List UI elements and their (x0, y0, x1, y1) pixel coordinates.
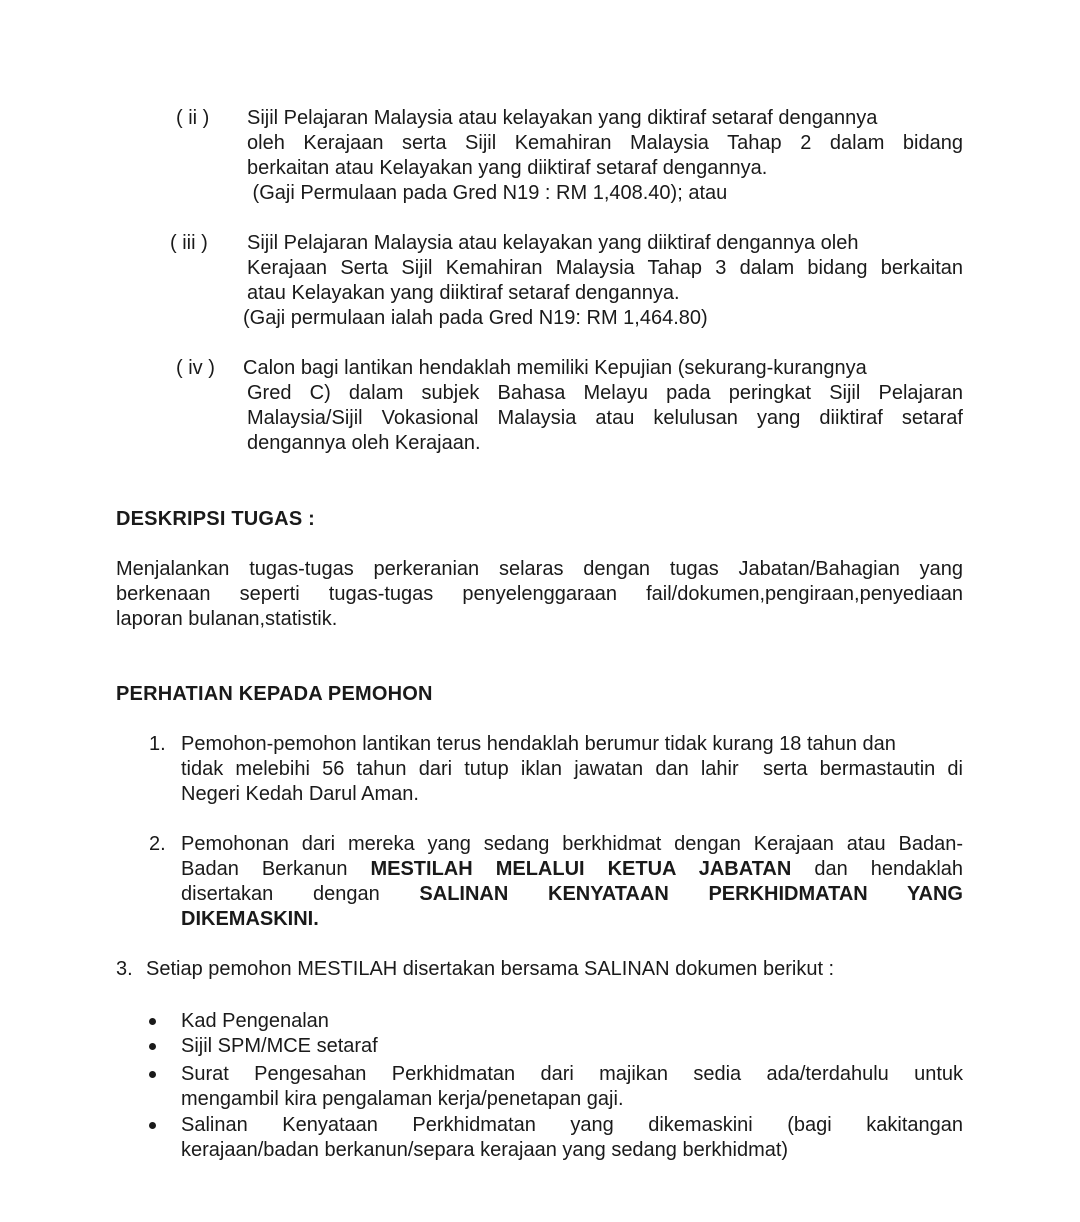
item-2-line: disertakan dengan SALINAN KENYATAAN PERK… (181, 882, 963, 907)
document-line: kerajaan/badan berkanun/separa kerajaan … (181, 1138, 963, 1163)
document-item-1: Kad Pengenalan (181, 1009, 963, 1034)
qualification-iv-line: Malaysia/Sijil Vokasional Malaysia atau … (247, 406, 963, 431)
document-item-4: Salinan Kenyataan Perkhidmatan yang dike… (181, 1113, 963, 1163)
document-page: ( ii ) Sijil Pelajaran Malaysia atau kel… (0, 0, 1080, 1222)
qualification-iv-line: Gred C) dalam subjek Bahasa Melayu pada … (247, 381, 963, 406)
qualification-iv: Calon bagi lantikan hendaklah memiliki K… (243, 356, 963, 456)
item-2-text: Badan Berkanun (181, 858, 370, 880)
bullet-icon (149, 1122, 156, 1129)
document-item-3: Surat Pengesahan Perkhidmatan dari majik… (181, 1062, 963, 1112)
salary-note-iii: (Gaji permulaan ialah pada Gred N19: RM … (243, 306, 963, 331)
document-line: Kad Pengenalan (181, 1009, 963, 1034)
item-number-3: 3. (116, 957, 133, 982)
perhatian-item-1: Pemohon-pemohon lantikan terus hendaklah… (181, 732, 963, 807)
qualification-iv-line: dengannya oleh Kerajaan. (247, 431, 963, 456)
item-2-line: Pemohonan dari mereka yang sedang berkhi… (181, 832, 963, 857)
document-line: Sijil SPM/MCE setaraf (181, 1034, 963, 1059)
qualification-iii-line: Kerajaan Serta Sijil Kemahiran Malaysia … (247, 256, 963, 281)
document-line: Surat Pengesahan Perkhidmatan dari majik… (181, 1062, 963, 1087)
item-2-emphasis: DIKEMASKINI. (181, 908, 319, 930)
salary-note-ii: (Gaji Permulaan pada Gred N19 : RM 1,408… (247, 181, 963, 206)
item-number-2: 2. (149, 832, 166, 857)
qualification-ii-line: Sijil Pelajaran Malaysia atau kelayakan … (247, 106, 935, 131)
perhatian-heading: PERHATIAN KEPADA PEMOHON (116, 682, 433, 707)
document-item-2: Sijil SPM/MCE setaraf (181, 1034, 963, 1059)
qualification-ii: Sijil Pelajaran Malaysia atau kelayakan … (247, 106, 963, 206)
item-1-line: Negeri Kedah Darul Aman. (181, 782, 963, 807)
document-line: mengambil kira pengalaman kerja/penetapa… (181, 1087, 963, 1112)
deskripsi-line: Menjalankan tugas-tugas perkeranian sela… (116, 557, 963, 582)
item-label-iii: ( iii ) (170, 231, 208, 256)
perhatian-item-2: Pemohonan dari mereka yang sedang berkhi… (181, 832, 963, 932)
qualification-ii-line: berkaitan atau Kelayakan yang diiktiraf … (247, 156, 963, 181)
item-2-text: disertakan dengan (181, 883, 419, 905)
qualification-iii-line: Sijil Pelajaran Malaysia atau kelayakan … (247, 231, 963, 256)
item-2-text: dan hendaklah (814, 858, 963, 880)
bullet-icon (149, 1071, 156, 1078)
qualification-iv-line: Calon bagi lantikan hendaklah memiliki K… (243, 356, 963, 381)
item-1-line: Pemohon-pemohon lantikan terus hendaklah… (181, 732, 959, 757)
item-1-line: tidak melebihi 56 tahun dari tutup iklan… (181, 757, 963, 782)
qualification-ii-line: oleh Kerajaan serta Sijil Kemahiran Mala… (247, 131, 963, 156)
item-label-iv: ( iv ) (176, 356, 215, 381)
deskripsi-line: berkenaan seperti tugas-tugas penyelengg… (116, 582, 963, 607)
qualification-iii-line: atau Kelayakan yang diiktiraf setaraf de… (247, 281, 963, 306)
qualification-iii: Sijil Pelajaran Malaysia atau kelayakan … (247, 231, 963, 331)
item-3-text: Setiap pemohon MESTILAH disertakan bersa… (146, 957, 834, 982)
item-2-emphasis: SALINAN KENYATAAN PERKHIDMATAN YANG (419, 883, 963, 905)
item-2-line: Badan Berkanun MESTILAH MELALUI KETUA JA… (181, 857, 963, 882)
bullet-icon (149, 1018, 156, 1025)
deskripsi-body: Menjalankan tugas-tugas perkeranian sela… (116, 557, 963, 632)
bullet-icon (149, 1043, 156, 1050)
deskripsi-heading: DESKRIPSI TUGAS : (116, 507, 315, 532)
item-label-ii: ( ii ) (176, 106, 209, 131)
item-2-line: DIKEMASKINI. (181, 907, 963, 932)
item-number-1: 1. (149, 732, 166, 757)
item-2-emphasis: MESTILAH MELALUI KETUA JABATAN (370, 858, 791, 880)
deskripsi-line: laporan bulanan,statistik. (116, 607, 963, 632)
document-line: Salinan Kenyataan Perkhidmatan yang dike… (181, 1113, 963, 1138)
